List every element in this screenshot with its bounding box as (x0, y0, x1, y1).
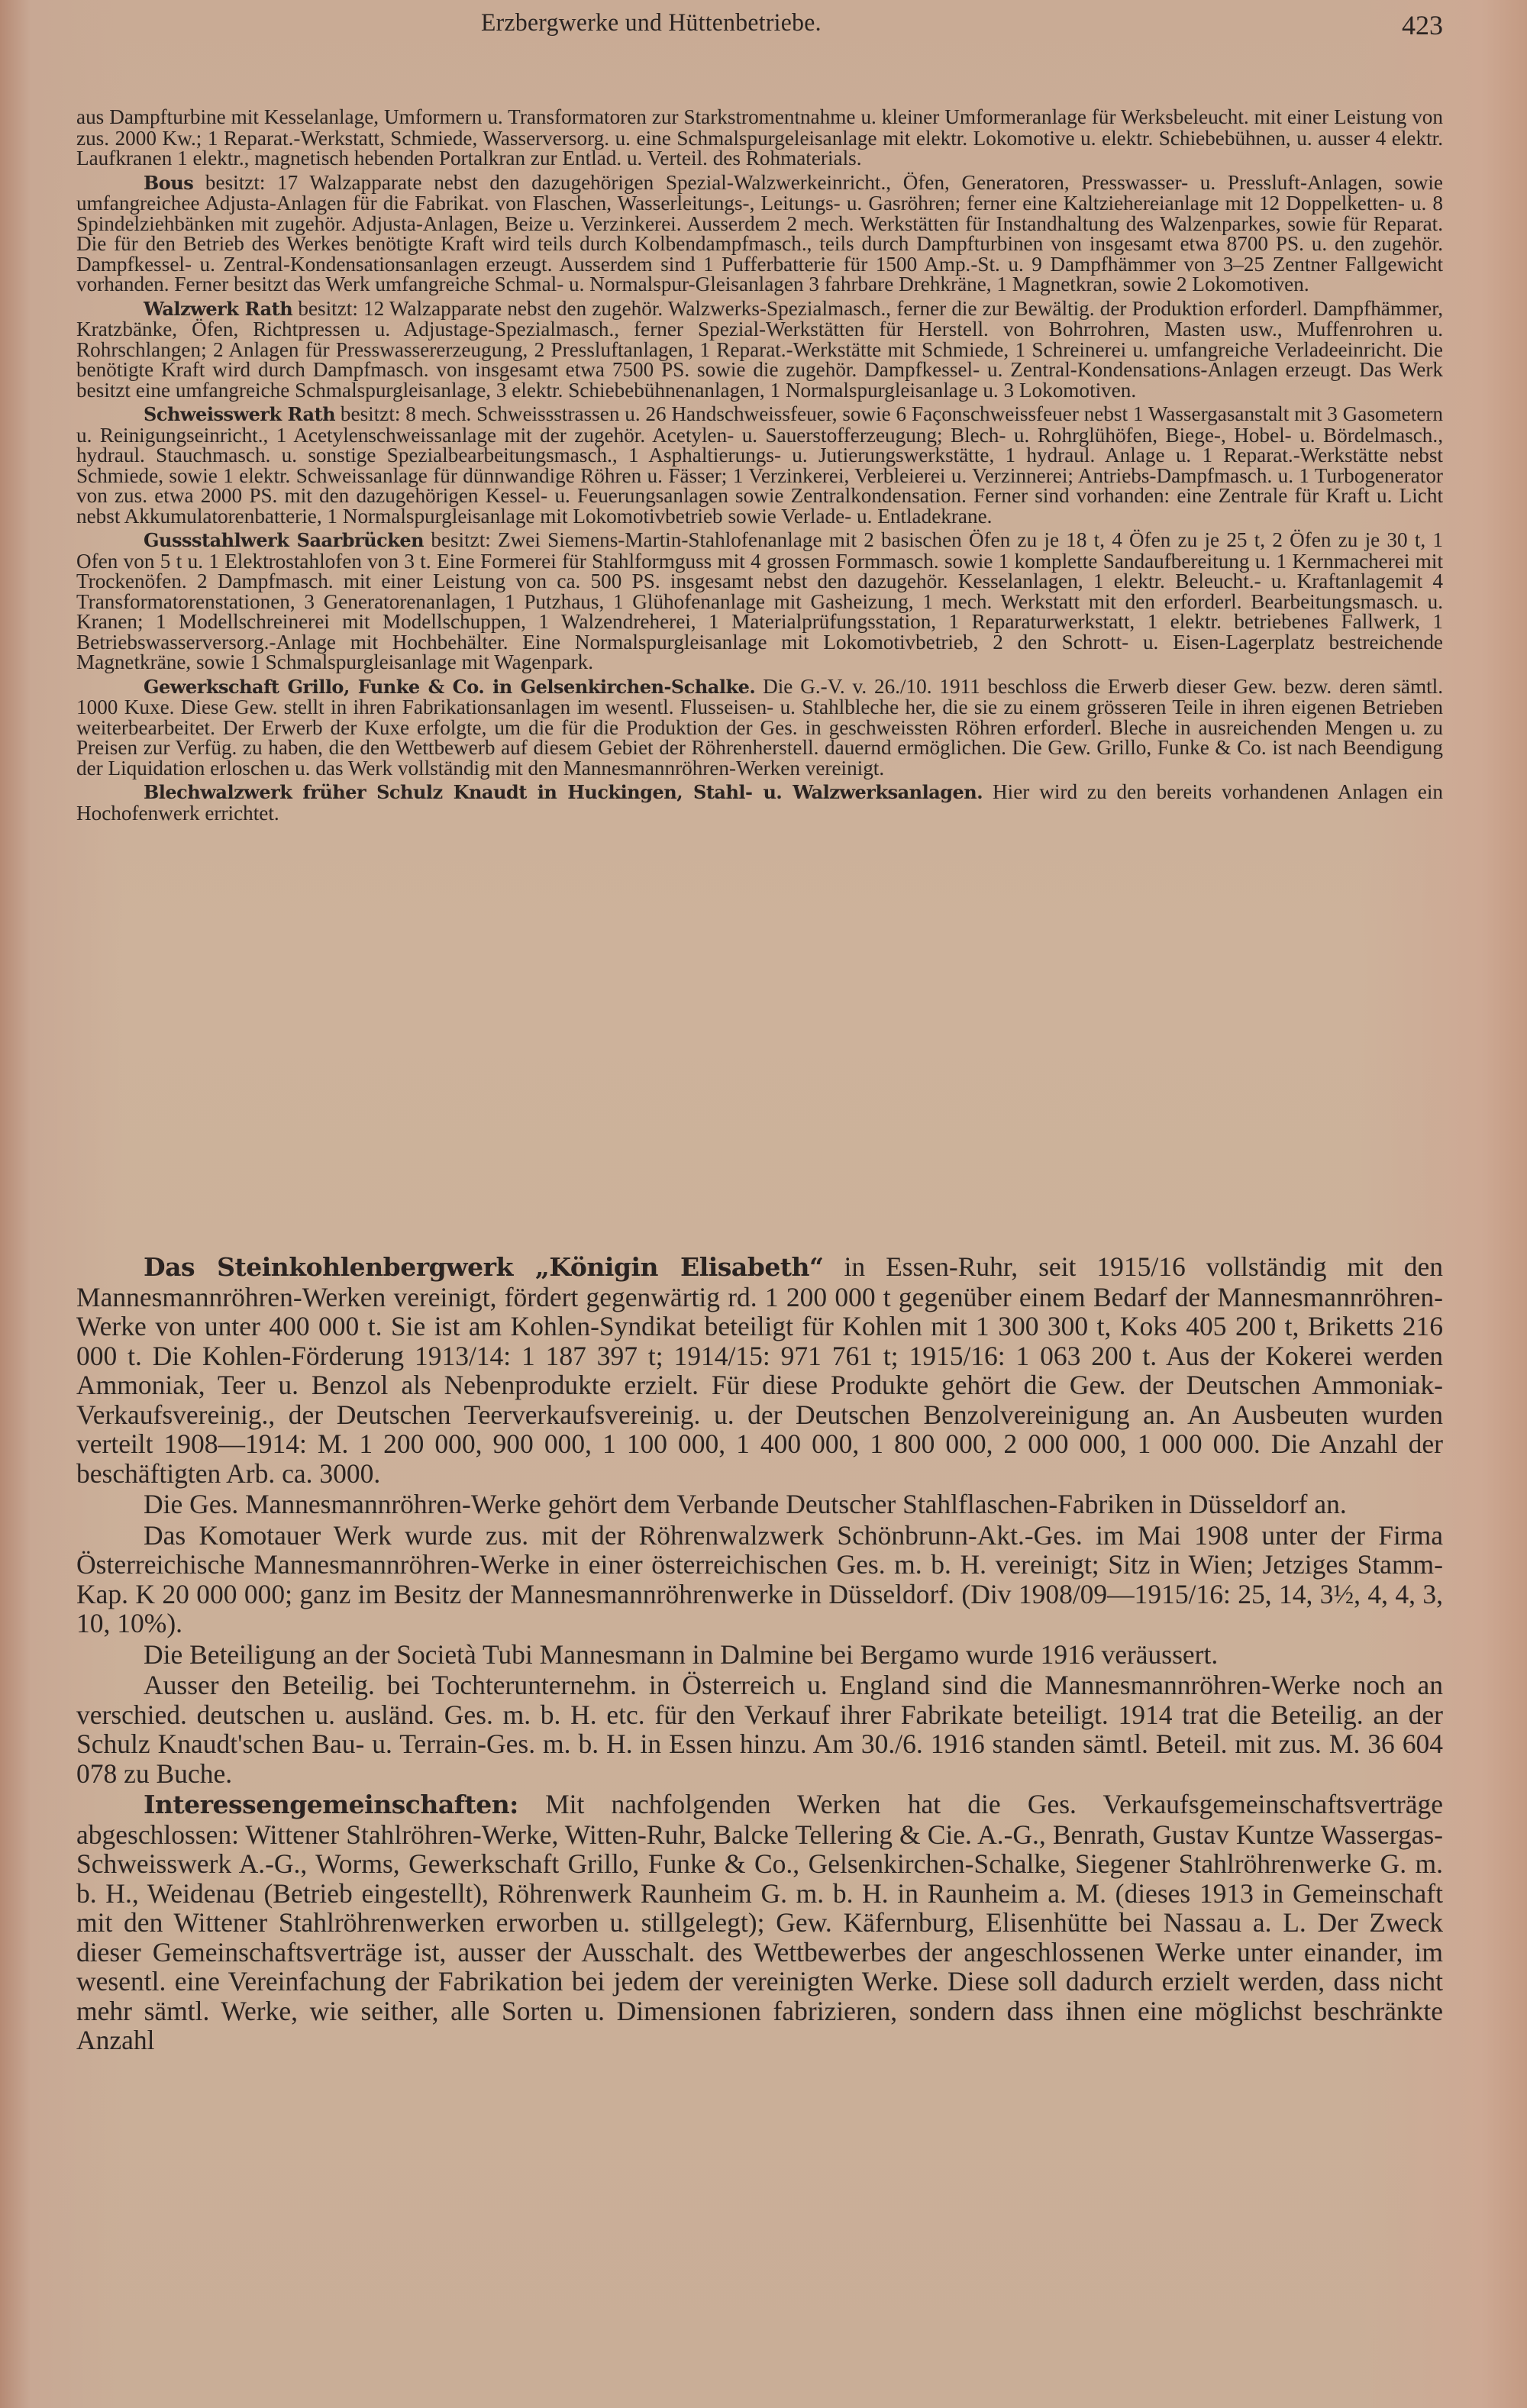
page-header: Erzbergwerke und Hüttenbetriebe. 423 (76, 9, 1443, 55)
paragraph-lead: Bous (144, 172, 193, 194)
paragraph-dalmine: Die Beteiligung an der Società Tubi Mann… (76, 1640, 1443, 1670)
main-text-section: Das Steinkohlenbergwerk „Königin Elisabe… (76, 1252, 1443, 2057)
paragraph-gewerkschaft-grillo: Gewerkschaft Grillo, Funke & Co. in Gels… (76, 676, 1443, 779)
book-page: Erzbergwerke und Hüttenbetriebe. 423 aus… (0, 0, 1527, 2408)
small-print-section: aus Dampfturbine mit Kesselanlage, Umfor… (76, 107, 1443, 827)
paragraph-komotauer-werk: Das Komotauer Werk wurde zus. mit der Rö… (76, 1521, 1443, 1638)
running-title: Erzbergwerke und Hüttenbetriebe. (481, 9, 822, 37)
paragraph-interessengemeinschaften: Interessengemeinschaften: Mit nachfolgen… (76, 1790, 1443, 2055)
paragraph-continuation: aus Dampfturbine mit Kesselanlage, Umfor… (76, 107, 1443, 169)
paragraph-steinkohlenbergwerk: Das Steinkohlenbergwerk „Königin Elisabe… (76, 1252, 1443, 1488)
paragraph-walzwerk-rath: Walzwerk Rath besitzt: 12 Walzapparate n… (76, 299, 1443, 401)
paragraph-beteiligungen: Ausser den Beteilig. bei Tochterunterneh… (76, 1670, 1443, 1788)
paragraph-blechwalzwerk: Blechwalzwerk früher Schulz Knaudt in Hu… (76, 782, 1443, 823)
paragraph-lead: Gussstahlwerk Saarbrücken (144, 529, 424, 551)
paragraph-gussstahlwerk-saarbruecken: Gussstahlwerk Saarbrücken besitzt: Zwei … (76, 530, 1443, 673)
paragraph-verband: Die Ges. Mannesmannröhren-Werke gehört d… (76, 1490, 1443, 1519)
paragraph-bous: Bous besitzt: 17 Walzapparate nebst den … (76, 173, 1443, 295)
page-number: 423 (1402, 9, 1443, 41)
paragraph-lead: Walzwerk Rath (144, 298, 292, 320)
paragraph-lead: Gewerkschaft Grillo, Funke & Co. in Gels… (144, 676, 755, 698)
paragraph-lead: Das Steinkohlenbergwerk „Königin Elisabe… (144, 1252, 824, 1282)
paragraph-lead: Blechwalzwerk früher Schulz Knaudt in Hu… (144, 781, 983, 803)
paragraph-lead: Schweisswerk Rath (144, 403, 335, 425)
paragraph-schweisswerk-rath: Schweisswerk Rath besitzt: 8 mech. Schwe… (76, 404, 1443, 526)
paragraph-lead: Interessengemeinschaften: (144, 1790, 518, 1819)
